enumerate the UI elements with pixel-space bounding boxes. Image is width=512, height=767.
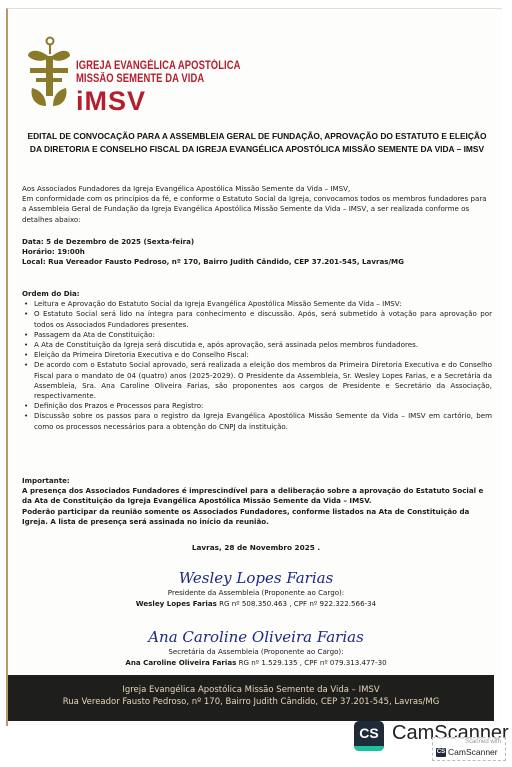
- cross-sprout-icon: [24, 36, 72, 112]
- camscanner-badge: Scanned with CSCamScanner: [432, 737, 506, 761]
- meeting-place: Local: Rua Vereador Fausto Pedroso, nº 1…: [22, 257, 492, 267]
- badge-caption: Scanned with: [433, 738, 505, 746]
- list-item: Discussão sobre os passos para o registr…: [22, 411, 492, 431]
- important-section: Importante: A presença dos Associados Fu…: [22, 476, 492, 527]
- brand-line-2: MISSÃO SEMENTE DA VIDA: [76, 73, 241, 86]
- list-item: Leitura e Aprovação do Estatuto Social d…: [22, 299, 492, 309]
- footer-org-name: Igreja Evangélica Apostólica Missão Seme…: [8, 684, 494, 696]
- handwritten-signature: Ana Caroline Oliveira Farias: [0, 627, 512, 647]
- camscanner-logo-icon: CS: [354, 721, 384, 751]
- brand-name: IGREJA EVANGÉLICA APOSTÓLICA MISSÃO SEME…: [76, 60, 277, 115]
- list-item: A Ata de Constituição da Igreja será dis…: [22, 340, 492, 350]
- footer-address: Rua Vereador Fausto Pedroso, nº 170, Bai…: [8, 696, 494, 708]
- handwritten-signature: Wesley Lopes Farias: [0, 568, 512, 588]
- document-title: EDITAL DE CONVOCAÇÃO PARA A ASSEMBLEIA G…: [22, 130, 492, 155]
- camscanner-mini-icon: CS: [436, 748, 446, 757]
- important-paragraph-2: Poderão participar da reunião somente os…: [22, 507, 492, 527]
- signature-block-secretary: Ana Caroline Oliveira Farias Secretária …: [0, 627, 512, 668]
- list-item: Eleição da Primeira Diretoria Executiva …: [22, 350, 492, 360]
- meeting-details: Data: 5 de Dezembro de 2025 (Sexta-feira…: [22, 237, 492, 268]
- intro-greeting: Aos Associados Fundadores da Igreja Evan…: [22, 184, 492, 194]
- agenda-list: Leitura e Aprovação do Estatuto Social d…: [22, 299, 492, 432]
- list-item: Definição dos Prazos e Processos para Re…: [22, 401, 492, 411]
- list-item: O Estatuto Social será lido na íntegra p…: [22, 309, 492, 329]
- signer-role: Presidente da Assembleia (Proponente ao …: [0, 588, 512, 599]
- intro-text: Em conformidade com os princípios da fé,…: [22, 194, 492, 225]
- signer-role: Secretária da Assembleia (Proponente ao …: [0, 647, 512, 658]
- list-item: De acordo com o Estatuto Social aprovado…: [22, 360, 492, 401]
- signature-block-president: Wesley Lopes Farias Presidente da Assemb…: [0, 568, 512, 609]
- signer-ids: RG nº 508.350.463 , CPF nº 922.322.566-3…: [217, 599, 376, 608]
- brand-line-1: IGREJA EVANGÉLICA APOSTÓLICA: [76, 60, 241, 73]
- badge-name: CamScanner: [448, 747, 498, 757]
- footer-band: Igreja Evangélica Apostólica Missão Seme…: [8, 675, 494, 721]
- signer-name: Ana Caroline Oliveira Farias: [125, 658, 236, 667]
- meeting-date: Data: 5 de Dezembro de 2025 (Sexta-feira…: [22, 237, 492, 247]
- meeting-time: Horário: 19:00h: [22, 247, 492, 257]
- agenda-section: Ordem do Dia: Leitura e Aprovação do Est…: [22, 289, 492, 432]
- place-date-line: Lavras, 28 de Novembro 2025 .: [0, 543, 512, 552]
- intro-paragraph: Aos Associados Fundadores da Igreja Evan…: [22, 184, 492, 225]
- list-item: Passagem da Ata de Constituição:: [22, 330, 492, 340]
- signer-ids: RG nº 1.529.135 , CPF nº 079.313.477-30: [236, 658, 386, 667]
- brand-acronym: iMSV: [76, 87, 277, 115]
- important-title: Importante:: [22, 476, 492, 486]
- important-paragraph-1: A presença dos Associados Fundadores é i…: [22, 486, 492, 506]
- signer-name: Wesley Lopes Farias: [136, 599, 217, 608]
- agenda-title: Ordem do Dia:: [22, 289, 492, 299]
